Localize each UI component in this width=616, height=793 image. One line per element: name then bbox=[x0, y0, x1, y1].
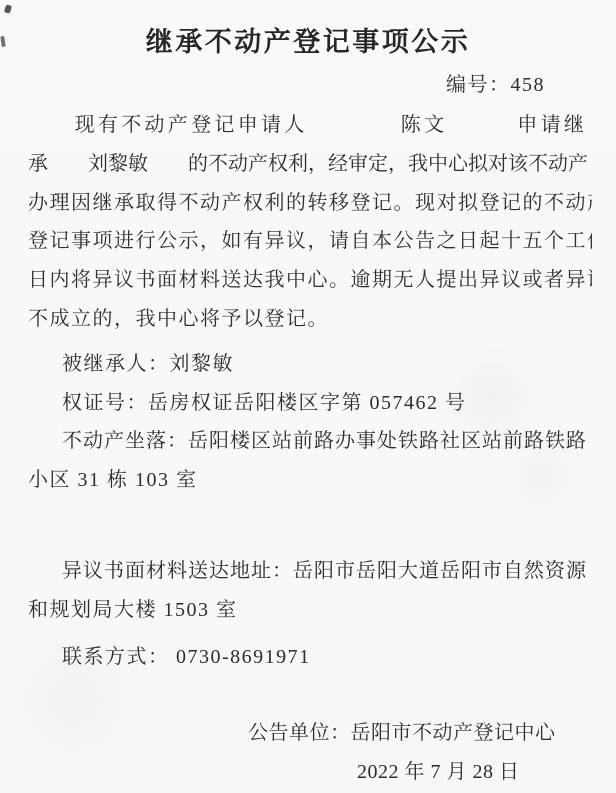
objection-address-line-2: 和规划局大楼 1503 室 bbox=[28, 591, 592, 630]
property-location-line-1: 不动产坐落：岳阳楼区站前路办事处铁路社区站前路铁路 bbox=[28, 422, 592, 461]
date-line: 2022 年 7 月 28 日 bbox=[357, 753, 616, 792]
body-line: 日内将异议书面材料送达我中心。逾期无人提出异议或者异议 bbox=[28, 261, 592, 300]
body-line: 登记事项进行公示，如有异议，请自本公告之日起十五个工作 bbox=[28, 222, 592, 261]
body-line: 承 刘黎敏 的不动产权利，经审定，我中心拟对该不动产 bbox=[28, 145, 592, 184]
objection-address-line-1: 异议书面材料送达地址：岳阳市岳阳大道岳阳市自然资源 bbox=[28, 552, 592, 591]
property-location-line-2: 小区 31 栋 103 室 bbox=[28, 461, 592, 500]
certificate-number-field: 权证号：岳房权证岳阳楼区字第 057462 号 bbox=[28, 384, 592, 423]
body-line: 办理因继承取得不动产权利的转移登记。现对拟登记的不动产 bbox=[28, 184, 592, 223]
notice-details: 被继承人：刘黎敏 权证号：岳房权证岳阳楼区字第 057462 号 不动产坐落：岳… bbox=[28, 345, 592, 677]
document-number: 编号：458 bbox=[0, 70, 616, 100]
scan-speck bbox=[4, 4, 12, 13]
contact-phone-field: 联系方式： 0730-8691971 bbox=[28, 638, 592, 677]
notice-footer: 公告单位：岳阳市不动产登记中心 2022 年 7 月 28 日 bbox=[0, 714, 616, 792]
notice-document-page: 继承不动产登记事项公示 编号：458 现有不动产登记申请人 陈文 申请继 承 刘… bbox=[0, 0, 616, 793]
heir-field: 被继承人：刘黎敏 bbox=[28, 345, 592, 384]
body-line: 不成立的，我中心将予以登记。 bbox=[28, 300, 592, 339]
page-title: 继承不动产登记事项公示 bbox=[0, 24, 616, 60]
body-line: 现有不动产登记申请人 陈文 申请继 bbox=[28, 106, 592, 145]
issuer-line: 公告单位：岳阳市不动产登记中心 bbox=[248, 714, 616, 753]
notice-body: 现有不动产登记申请人 陈文 申请继 承 刘黎敏 的不动产权利，经审定，我中心拟对… bbox=[28, 106, 592, 339]
